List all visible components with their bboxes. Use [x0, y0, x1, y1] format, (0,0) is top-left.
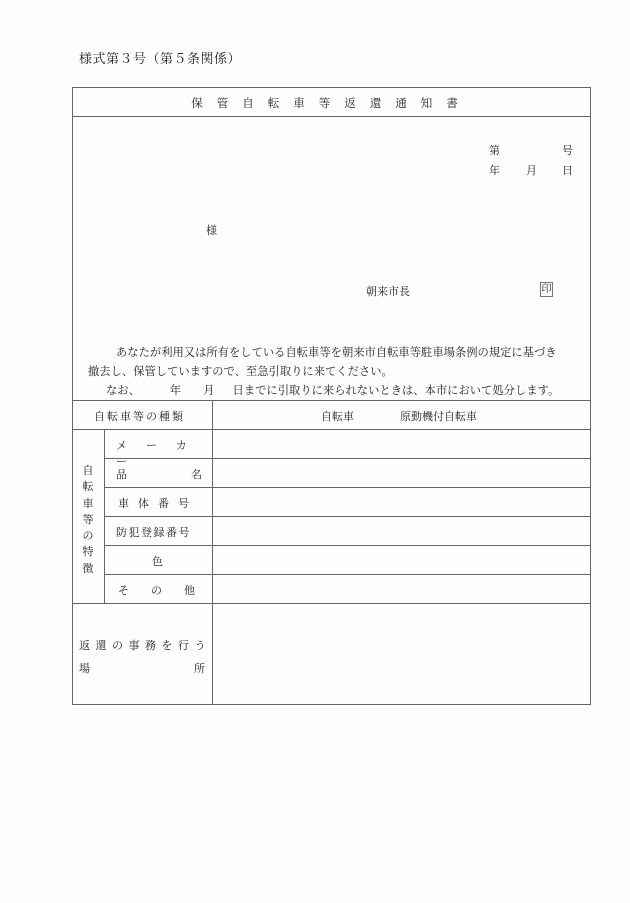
location-value[interactable] [213, 604, 590, 704]
notice-line-3-prefix: なお、 [106, 384, 140, 397]
number-prefix: 第 [489, 142, 500, 158]
issuer-name: 朝来市長 [366, 283, 410, 299]
notice-line-2: 撤去し、保管していますので、至急引取りに来てください。 [88, 363, 393, 379]
kind-option-moped[interactable]: 原動機付自転車 [400, 408, 477, 424]
kind-option-bicycle[interactable]: 自転車 [321, 408, 354, 424]
date-month: 月 [526, 162, 537, 178]
notice-line-1: あなたが利用又は所有をしている自転車等を朝来市自転車等駐車場条例の規定に基づき [116, 344, 557, 360]
feature-label-other: その他 [118, 582, 217, 598]
divider [72, 116, 591, 117]
feature-label-registration: 防犯登録番号 [116, 524, 191, 540]
feature-value-frame-number[interactable] [213, 488, 590, 516]
form-number: 様式第３号（第５条関係） [79, 48, 241, 67]
feature-value-color[interactable] [213, 546, 590, 574]
deadline-year: 年 [170, 384, 181, 397]
feature-value-maker[interactable] [213, 430, 590, 458]
column-divider [104, 429, 105, 603]
feature-value-other[interactable] [213, 575, 590, 603]
feature-label-color: 色 [152, 553, 163, 569]
location-label-line-2-start: 場 [79, 660, 90, 676]
number-suffix: 号 [562, 142, 573, 158]
recipient-suffix: 様 [206, 222, 217, 238]
feature-label-frame-number: 車体番号 [118, 495, 198, 511]
document-title: 保管自転車等返還通知書 [72, 95, 591, 111]
date-year: 年 [489, 162, 500, 178]
deadline-month: 月 [203, 384, 214, 397]
seal-mark: 印 [540, 282, 553, 297]
notice-line-3: なお、年月日までに引取りに来られないときは、本市において処分します。 [106, 382, 559, 398]
kind-label: 自転車等の種類 [94, 408, 185, 424]
divider [72, 400, 591, 401]
feature-value-product[interactable] [213, 459, 590, 487]
feature-label-product: 品名 [116, 466, 202, 482]
location-label-line-1: 返還の事務を行う [79, 637, 211, 653]
location-label-line-2-end: 所 [194, 660, 205, 676]
date-day: 日 [562, 162, 573, 178]
feature-value-registration[interactable] [213, 517, 590, 545]
notice-line-3-rest: 日までに引取りに来られないときは、本市において処分します。 [233, 384, 560, 397]
feature-label-maker: メーカー [116, 437, 202, 469]
features-group-label: 自転車等の特徴 [82, 463, 94, 577]
